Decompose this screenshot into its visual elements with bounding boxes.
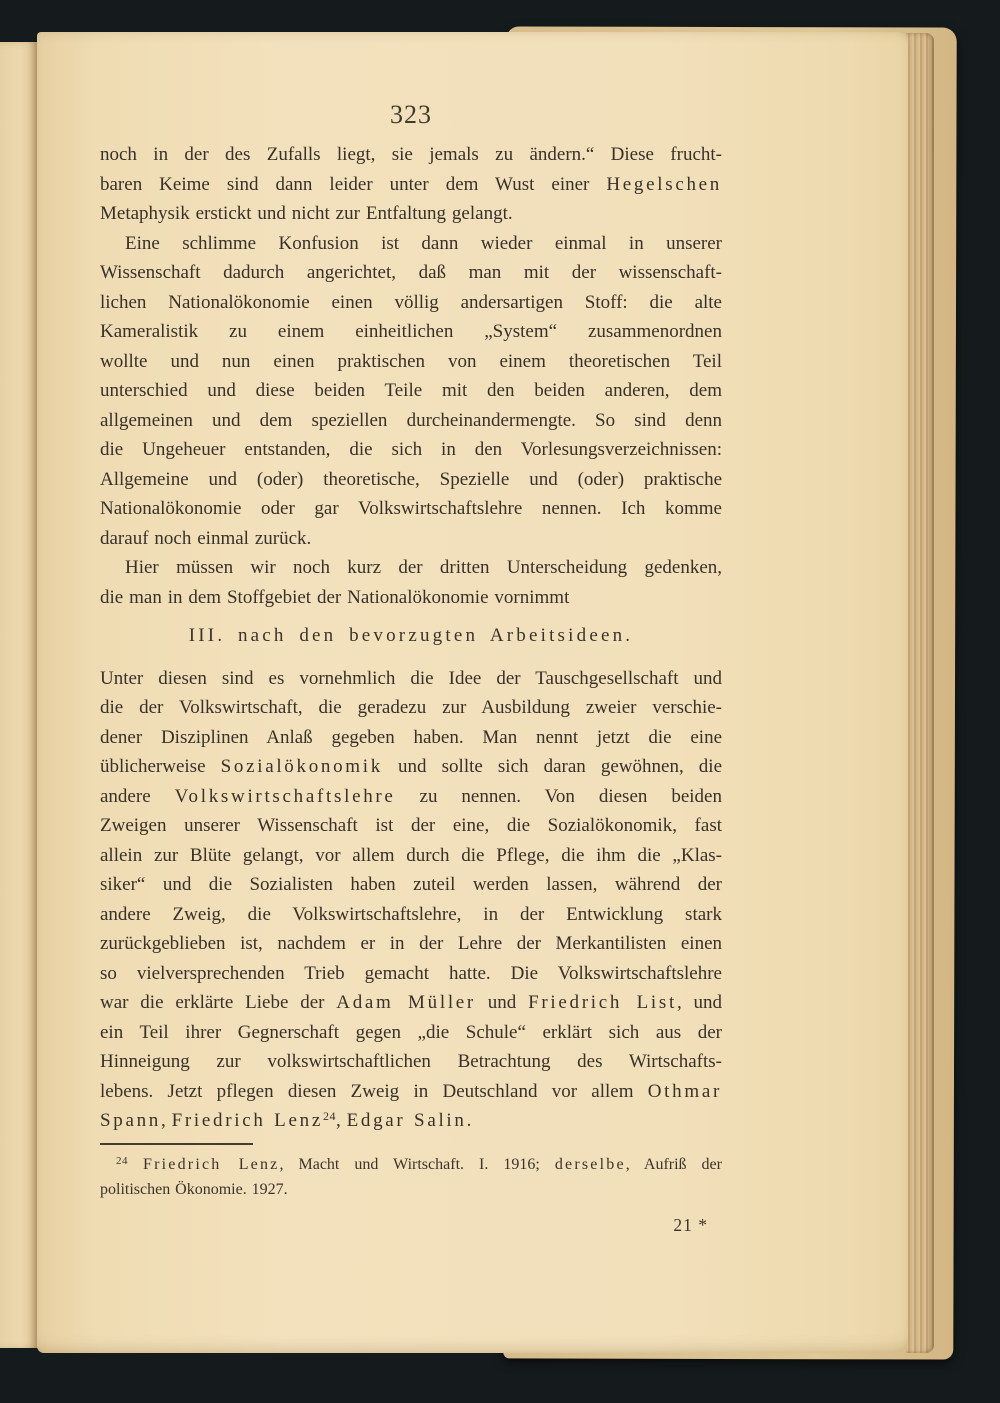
letterspaced-emphasis: Spann — [100, 1110, 161, 1131]
text-column: 323 noch in der des Zufalls liegt, sie j… — [100, 100, 722, 1240]
text-line: Zweigen unserer Wissenschaft ist der ein… — [100, 811, 722, 841]
text-line: andere Zweig, die Volkswirtschaftslehre,… — [100, 900, 722, 930]
footnote-text: 24 Friedrich Lenz, Macht und Wirtschaft.… — [100, 1152, 722, 1202]
text-line: zurückgeblieben ist, nachdem er in der L… — [100, 929, 722, 959]
footnote: 24 Friedrich Lenz, Macht und Wirtschaft.… — [100, 1143, 722, 1202]
text-line: Wissenschaft dadurch angerichtet, daß ma… — [100, 258, 722, 288]
page-number: 323 — [100, 100, 722, 130]
text-line: Kameralistik zu einem einheitlichen „Sys… — [100, 317, 722, 347]
letterspaced-emphasis: Hegelschen — [606, 174, 722, 195]
letterspaced-emphasis: Friedrich List — [528, 992, 677, 1013]
body-text: noch in der des Zufalls liegt, sie jemal… — [100, 140, 722, 1136]
text-line: Allgemeine und (oder) theoretische, Spez… — [100, 465, 722, 495]
book-page: 323 noch in der des Zufalls liegt, sie j… — [37, 32, 908, 1353]
text-line: Spann, Friedrich Lenz24, Edgar Salin. — [100, 1106, 722, 1136]
text-line: politischen Ökonomie. 1927. — [100, 1177, 722, 1202]
text-line: siker“ und die Sozialisten haben zuteil … — [100, 870, 722, 900]
text-line: die man in dem Stoffgebiet der Nationalö… — [100, 583, 722, 613]
text-line: Eine schlimme Konfusion ist dann wieder … — [100, 229, 722, 259]
text-line: Hinneigung zur volkswirtschaftlichen Bet… — [100, 1047, 722, 1077]
text-line: allgemeinen und dem speziellen durcheina… — [100, 406, 722, 436]
adjacent-page-gutter — [0, 42, 39, 1348]
letterspaced-emphasis: Adam Müller — [336, 992, 476, 1013]
text-line: Metaphysik erstickt und nicht zur Entfal… — [100, 199, 722, 229]
page-edge-stack — [906, 33, 934, 1353]
letterspaced-emphasis: Friedrich Lenz — [143, 1156, 279, 1173]
footnote-reference: 24 — [323, 1109, 336, 1123]
signature-mark: 21 * — [100, 1211, 722, 1241]
text-line: unterschied und diese beiden Teile mit d… — [100, 376, 722, 406]
text-line: lichen Nationalökonomie einen völlig and… — [100, 288, 722, 318]
letterspaced-emphasis: Edgar Salin — [347, 1110, 467, 1131]
text-line: Nationalökonomie oder gar Volkswirtschaf… — [100, 494, 722, 524]
text-line: noch in der des Zufalls liegt, sie jemal… — [100, 140, 722, 170]
text-line: üblicherweise Sozialökonomik und sollte … — [100, 752, 722, 782]
footnote-separator — [100, 1143, 253, 1145]
text-line: ein Teil ihrer Gegnerschaft gegen „die S… — [100, 1018, 722, 1048]
letterspaced-emphasis: Volkswirtschaftslehre — [175, 786, 396, 807]
text-line: darauf noch einmal zurück. — [100, 524, 722, 554]
letterspaced-emphasis: Othmar — [648, 1081, 722, 1102]
text-line: andere Volkswirtschaftslehre zu nennen. … — [100, 782, 722, 812]
text-line: 24 Friedrich Lenz, Macht und Wirtschaft.… — [100, 1152, 722, 1177]
text-line: Unter diesen sind es vornehmlich die Ide… — [100, 664, 722, 694]
section-heading: III. nach den bevorzugten Arbeitsideen. — [100, 621, 722, 651]
text-line: war die erklärte Liebe der Adam Müller u… — [100, 988, 722, 1018]
letterspaced-emphasis: Friedrich Lenz — [172, 1110, 323, 1131]
text-line: allein zur Blüte gelangt, vor allem durc… — [100, 841, 722, 871]
text-line: baren Keime sind dann leider unter dem W… — [100, 170, 722, 200]
footnote-reference: 24 — [116, 1155, 128, 1167]
text-line: lebens. Jetzt pflegen diesen Zweig in De… — [100, 1077, 722, 1107]
text-line: dener Disziplinen Anlaß gegeben haben. M… — [100, 723, 722, 753]
text-line: Hier müssen wir noch kurz der dritten Un… — [100, 553, 722, 583]
letterspaced-emphasis: Sozialökonomik — [221, 756, 383, 777]
text-line: die der Volkswirtschaft, die geradezu zu… — [100, 693, 722, 723]
text-line: so vielversprechenden Trieb gemacht hatt… — [100, 959, 722, 989]
letterspaced-emphasis: derselbe — [555, 1156, 626, 1173]
text-line: die Ungeheuer entstanden, die sich in de… — [100, 435, 722, 465]
text-line: wollte und nun einen praktischen von ein… — [100, 347, 722, 377]
